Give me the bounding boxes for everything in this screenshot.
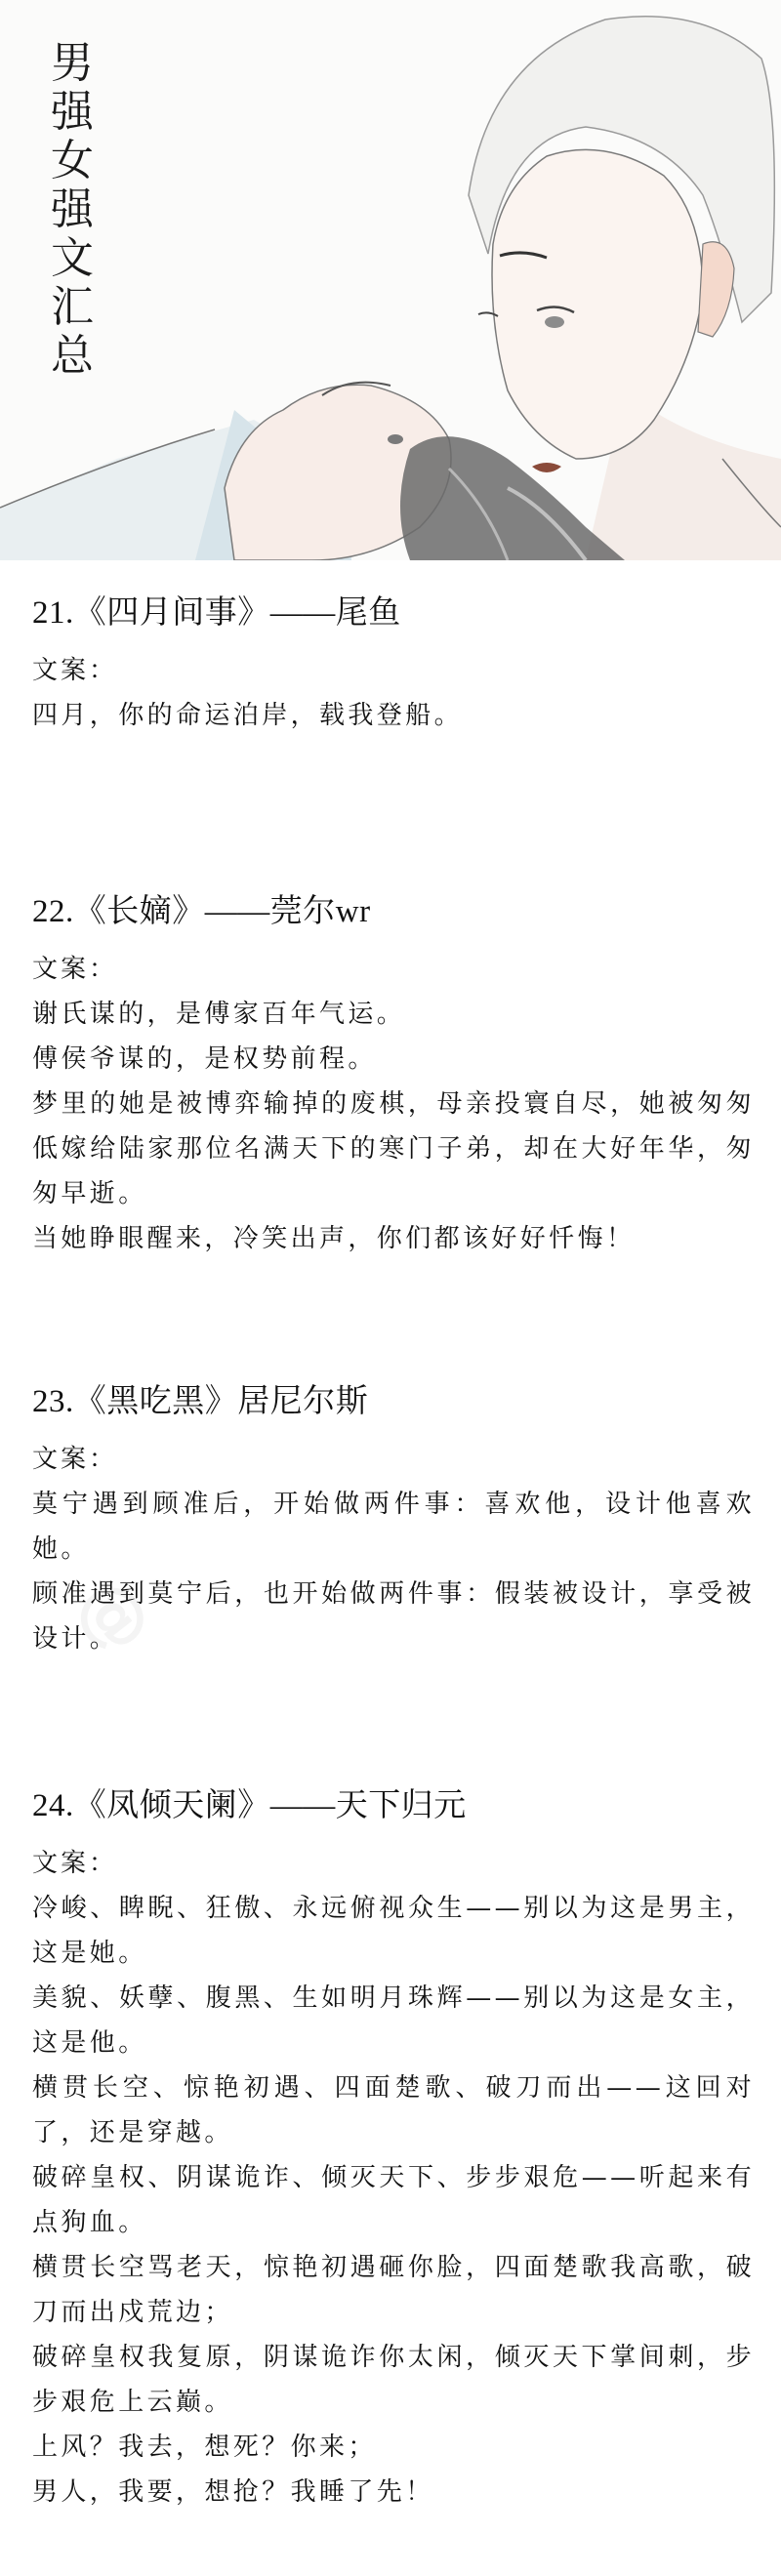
blurb-paragraph: 四月，你的命运泊岸，载我登船。	[32, 693, 755, 738]
book-title: 21.《四月间事》——尾鱼	[32, 593, 755, 633]
book-title-text: 《凤倾天阑》——天下归元	[74, 1788, 467, 1823]
book-title-text: 《长嫡》——莞尔wr	[74, 894, 371, 929]
blurb-paragraph: 男人，我要，想抢？我睡了先！	[32, 2470, 755, 2515]
book-entry-21: 21.《四月间事》——尾鱼 文案： 四月，你的命运泊岸，载我登船。	[32, 593, 755, 738]
book-title: 23.《黑吃黑》居尼尔斯	[32, 1382, 755, 1421]
book-title-text: 《四月间事》——尾鱼	[74, 595, 401, 631]
blurb-paragraph: 当她睁眼醒来，冷笑出声，你们都该好好忏悔！	[32, 1216, 755, 1261]
blurb-paragraph: 破碎皇权我复原，阴谋诡诈你太闲，倾灭天下掌间刺，步步艰危上云巅。	[32, 2335, 755, 2425]
cover-vertical-title: 男 强 女 强 文 汇 总	[43, 39, 102, 381]
blurb-paragraph: 冷峻、睥睨、狂傲、永远俯视众生——别以为这是男主，这是她。	[32, 1886, 755, 1976]
blurb-paragraph: 顾准遇到莫宁后，也开始做两件事：假装被设计，享受被设计。	[32, 1572, 755, 1661]
cover-illustration: 男 强 女 强 文 汇 总	[0, 0, 781, 560]
cover-title-char: 汇	[51, 283, 94, 332]
blurb-paragraph: 横贯长空骂老天，惊艳初遇砸你脸，四面楚歌我高歌，破刀而出戍荒边；	[32, 2245, 755, 2335]
blurb-paragraph: 横贯长空、惊艳初遇、四面楚歌、破刀而出——这回对了，还是穿越。	[32, 2065, 755, 2155]
blurb-paragraph: 梦里的她是被博弈输掉的废棋，母亲投寰自尽，她被匆匆低嫁给陆家那位名满天下的寒门子…	[32, 1082, 755, 1216]
blurb-paragraph: 莫宁遇到顾准后，开始做两件事：喜欢他，设计他喜欢她。	[32, 1482, 755, 1572]
blurb-paragraph: 美貌、妖孽、腹黑、生如明月珠辉——别以为这是女主，这是他。	[32, 1976, 755, 2065]
book-number: 23.	[32, 1384, 74, 1419]
book-entry-22: 22.《长嫡》——莞尔wr 文案： 谢氏谋的，是傅家百年气运。 傅侯爷谋的，是权…	[32, 892, 755, 1261]
cover-title-char: 强	[51, 88, 94, 137]
blurb-paragraph: 谢氏谋的，是傅家百年气运。	[32, 992, 755, 1037]
book-number: 22.	[32, 894, 74, 929]
book-title-text: 《黑吃黑》居尼尔斯	[74, 1384, 369, 1419]
book-title: 24.《凤倾天阑》——天下归元	[32, 1786, 755, 1825]
blurb-paragraph: 傅侯爷谋的，是权势前程。	[32, 1037, 755, 1082]
cover-title-char: 女	[51, 137, 94, 185]
cover-title-char: 总	[51, 332, 94, 381]
cover-title-char: 文	[51, 234, 94, 283]
blurb-label: 文案：	[32, 648, 755, 693]
cover-title-char: 男	[51, 39, 94, 88]
blurb-label: 文案：	[32, 1841, 755, 1886]
illustration-artwork	[0, 0, 781, 560]
book-number: 24.	[32, 1788, 74, 1823]
blurb-label: 文案：	[32, 1437, 755, 1482]
blurb-paragraph: 上风？我去，想死？你来；	[32, 2425, 755, 2470]
book-title: 22.《长嫡》——莞尔wr	[32, 892, 755, 931]
blurb-paragraph: 破碎皇权、阴谋诡诈、倾灭天下、步步艰危——听起来有点狗血。	[32, 2155, 755, 2245]
cover-title-char: 强	[51, 185, 94, 234]
book-entry-24: 24.《凤倾天阑》——天下归元 文案： 冷峻、睥睨、狂傲、永远俯视众生——别以为…	[32, 1786, 755, 2515]
blurb-label: 文案：	[32, 947, 755, 992]
book-entry-23: 23.《黑吃黑》居尼尔斯 文案： 莫宁遇到顾准后，开始做两件事：喜欢他，设计他喜…	[32, 1382, 755, 1661]
book-number: 21.	[32, 595, 74, 631]
